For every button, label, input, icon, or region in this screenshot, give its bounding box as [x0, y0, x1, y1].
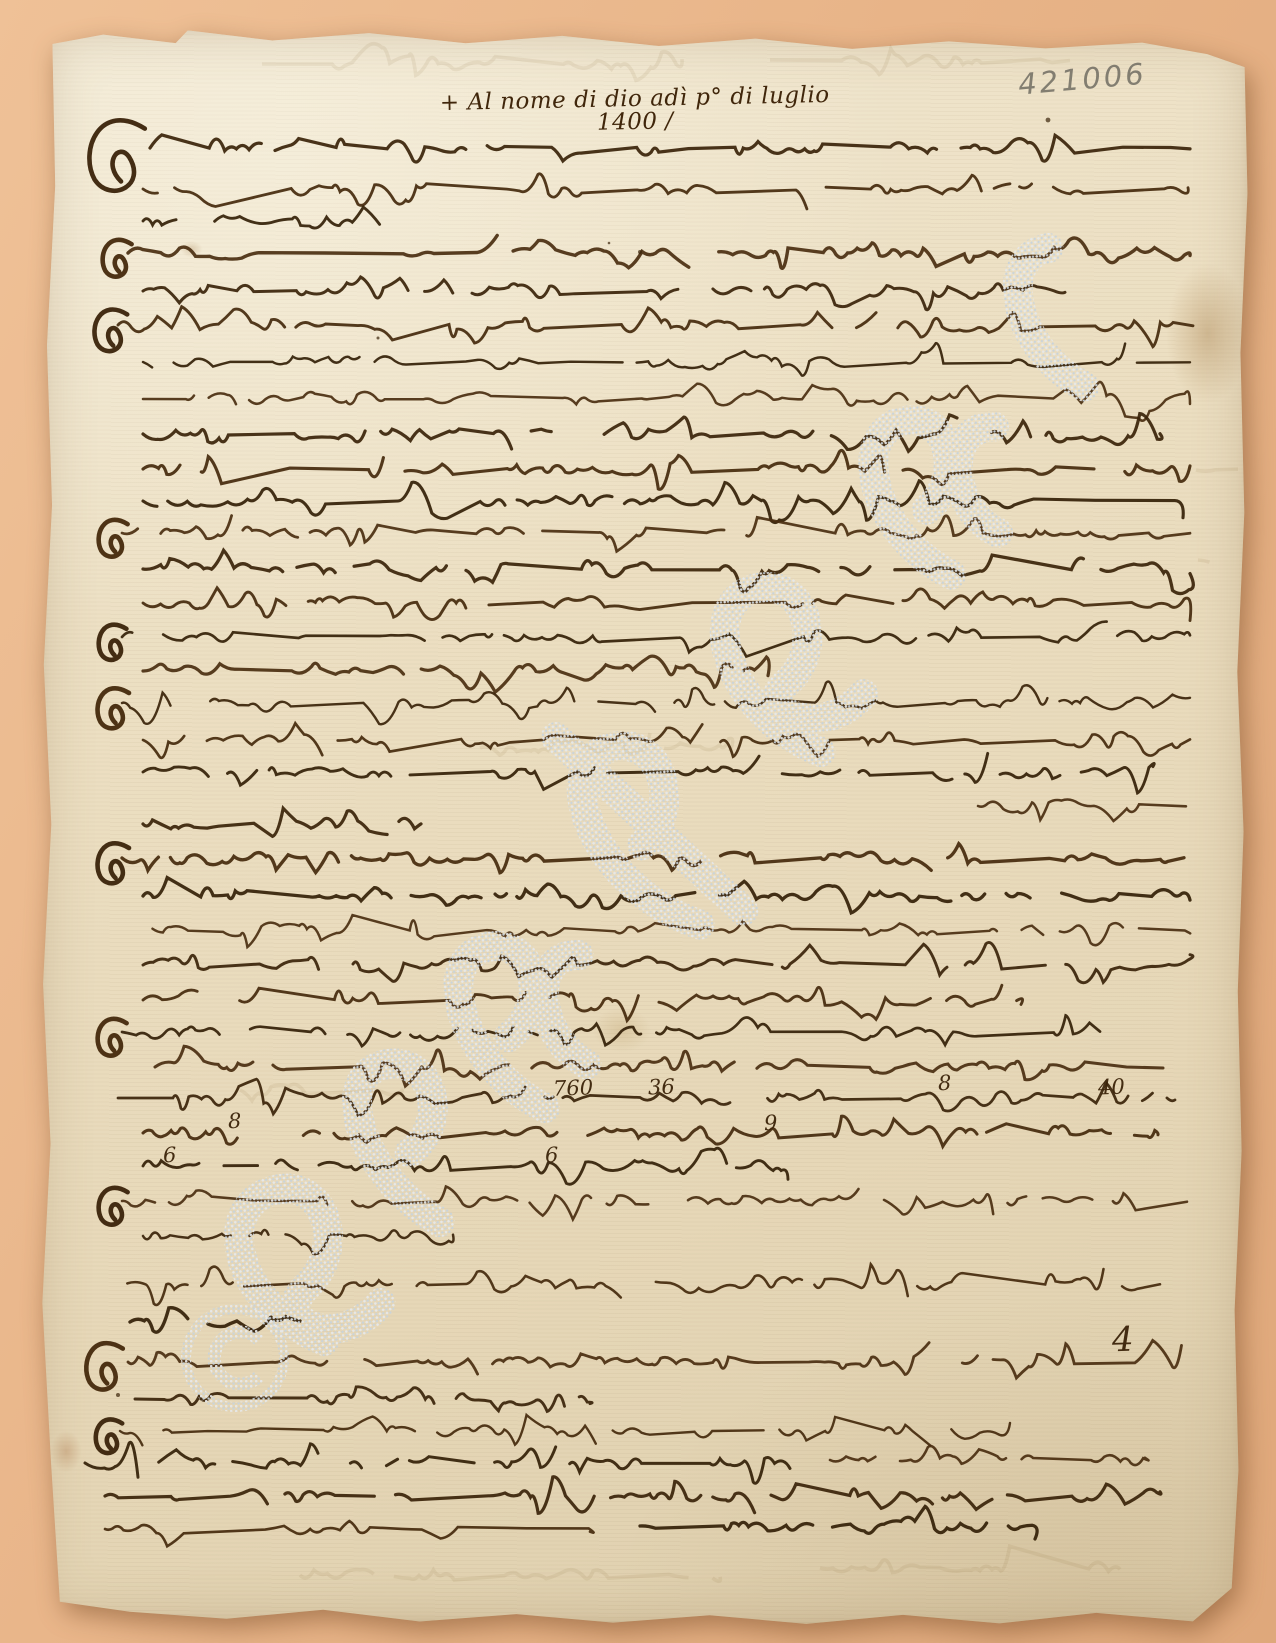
- scan-background: + Al nome di dio adì p° di luglio 1400 /…: [0, 0, 1276, 1643]
- header-inscription: + Al nome di dio adì p° di luglio 1400 /: [430, 84, 841, 139]
- paper-shadow: [0, 0, 1276, 1643]
- manuscript-paper: [33, 26, 1251, 1629]
